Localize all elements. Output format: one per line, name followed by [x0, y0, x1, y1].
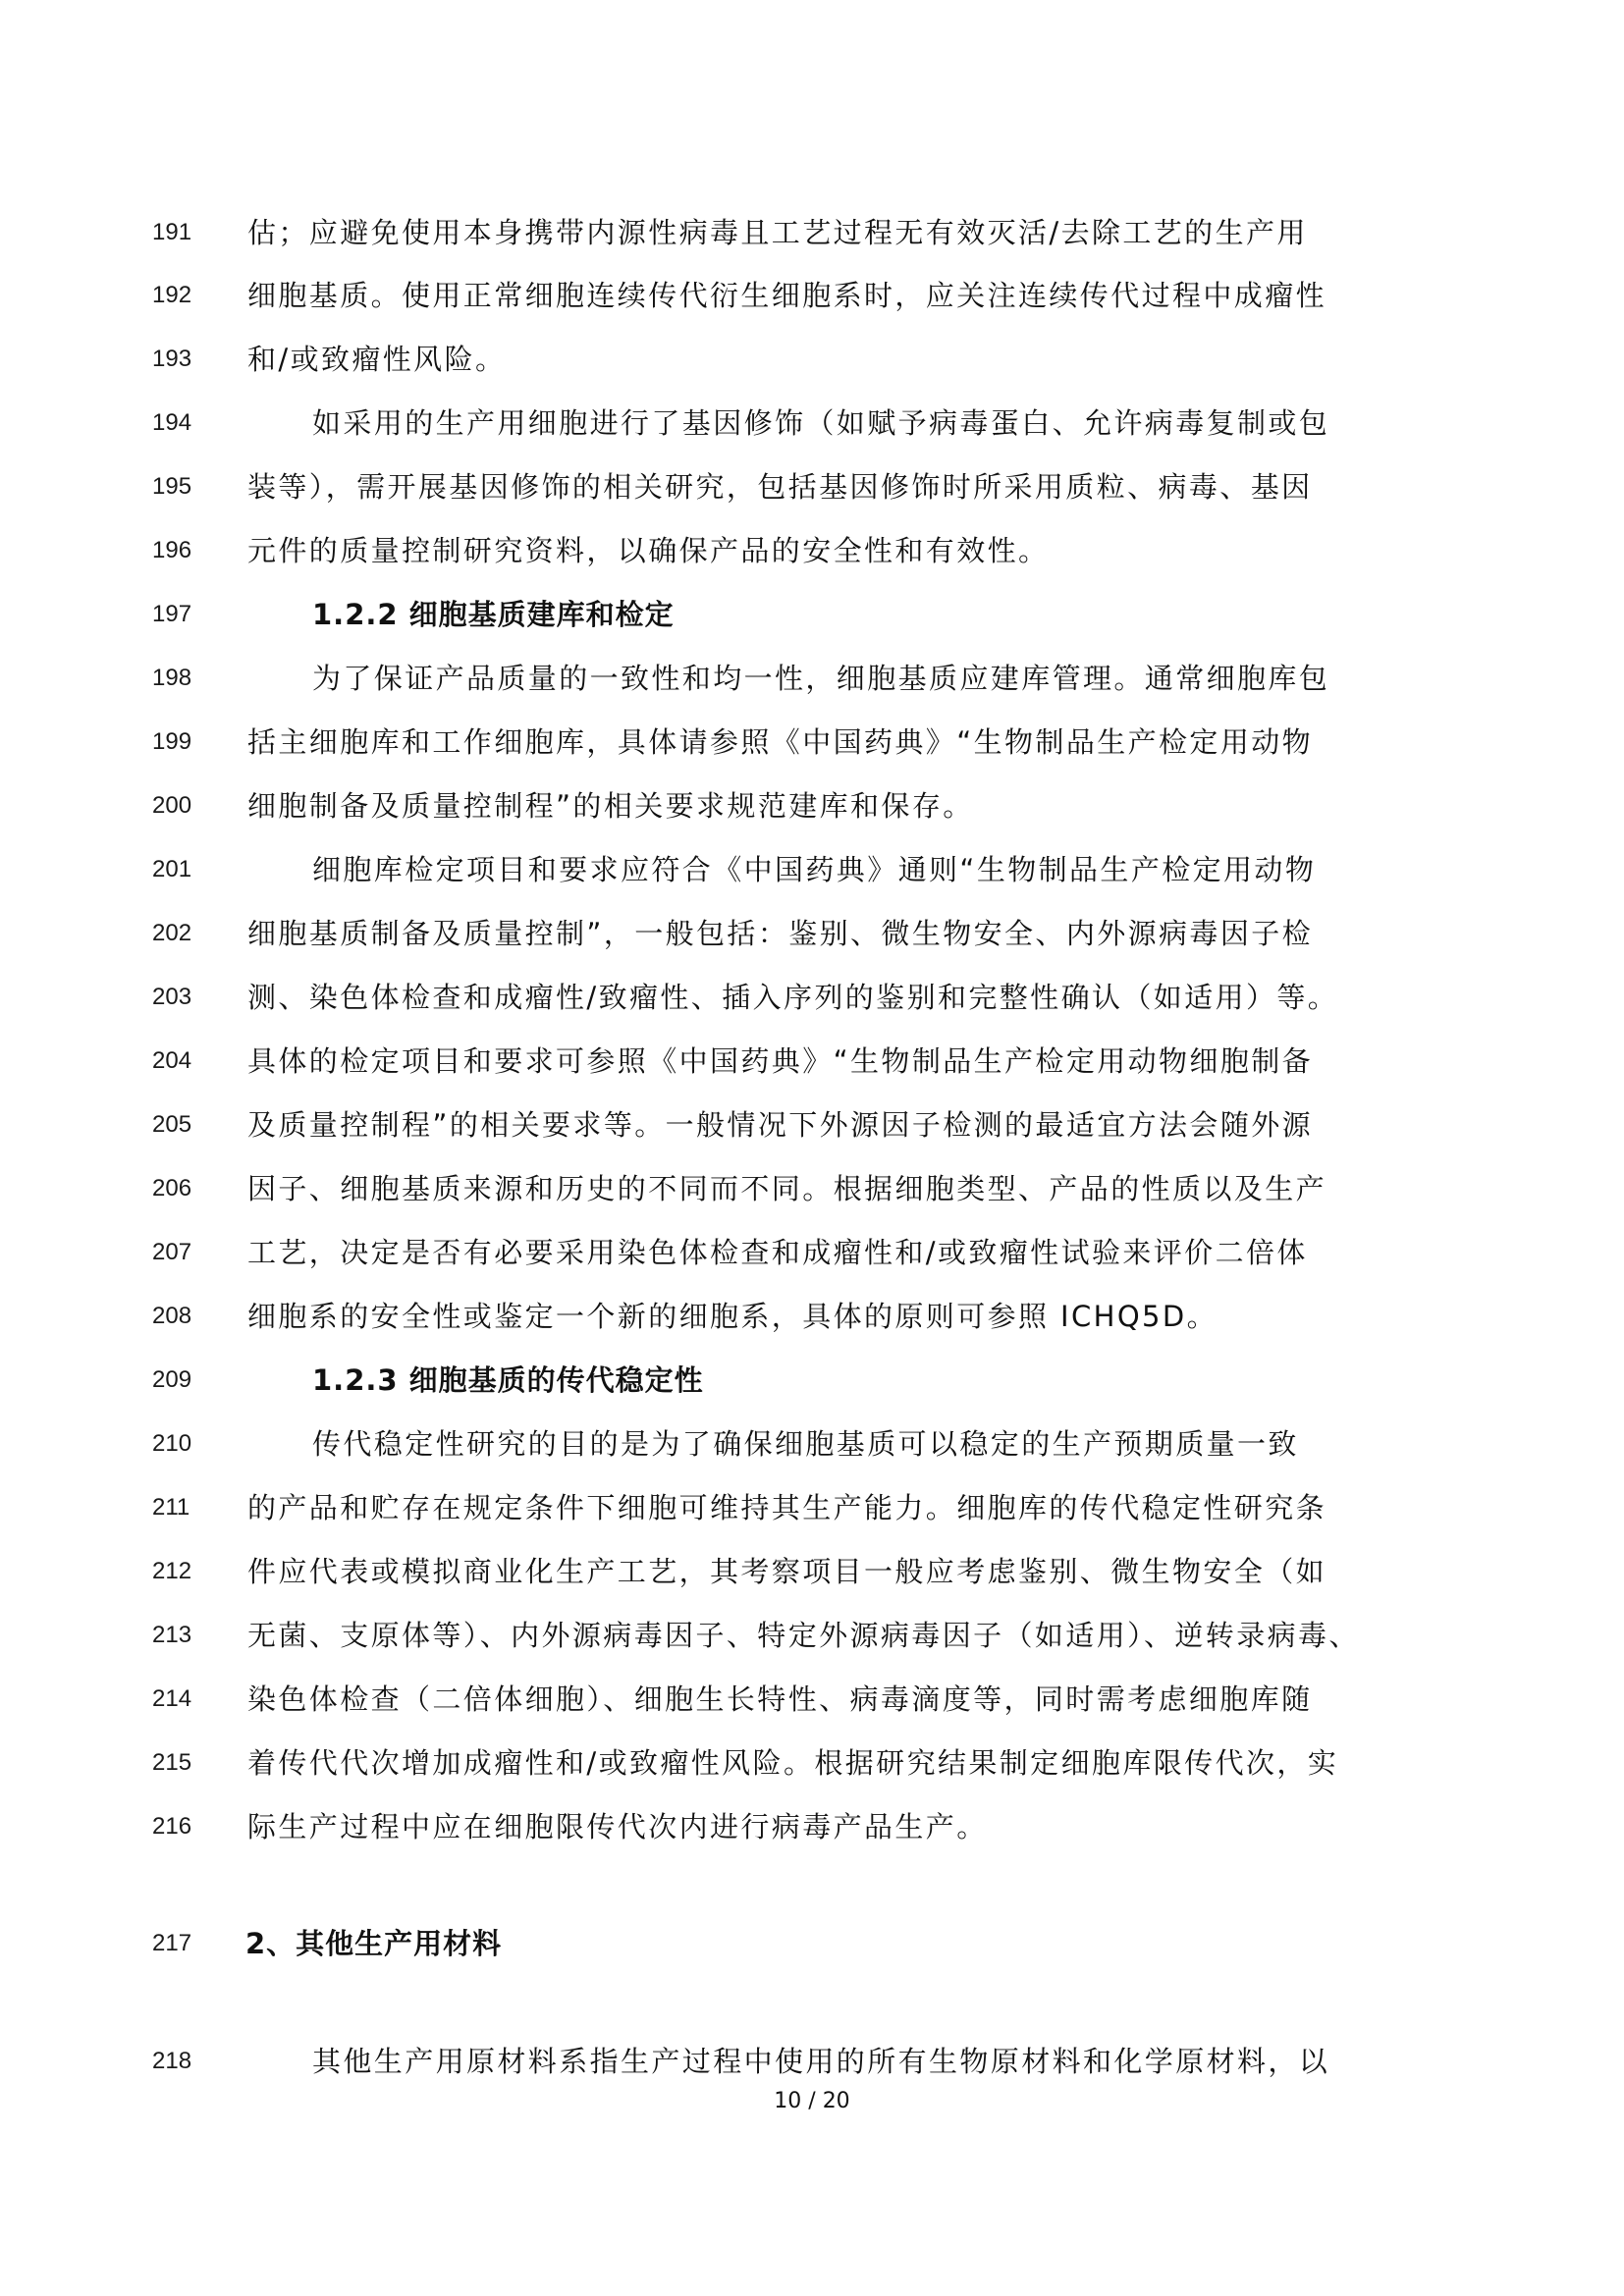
line-text: 和/或致瘤性风险。 [247, 330, 1396, 389]
line-number: 204 [152, 1032, 231, 1091]
line-number: 201 [152, 840, 231, 899]
line-text: 无菌、支原体等）、内外源病毒因子、特定外源病毒因子（如适用）、逆转录病毒、 [247, 1606, 1396, 1665]
line-number: 216 [152, 1797, 231, 1856]
paragraph-start-text: 如采用的生产用细胞进行了基因修饰（如赋予病毒蛋白、允许病毒复制或包 [312, 394, 1396, 453]
line-number: 192 [152, 266, 231, 325]
line-text: 细胞基质制备及质量控制”，一般包括：鉴别、微生物安全、内外源病毒因子检 [247, 904, 1396, 963]
paragraph-start-text: 为了保证产品质量的一致性和均一性，细胞基质应建库管理。通常细胞库包 [312, 649, 1396, 708]
document-line: 201 细胞库检定项目和要求应符合《中国药典》通则“生物制品生产检定用动物 [0, 840, 1624, 899]
line-number: 206 [152, 1159, 231, 1218]
section-heading-2: 2、其他生产用材料 [245, 1914, 1394, 1973]
document-line: 200 细胞制备及质量控制程”的相关要求规范建库和保存。 [0, 776, 1624, 835]
line-number: 202 [152, 904, 231, 963]
line-number: 203 [152, 968, 231, 1027]
document-page: 191 估；应避免使用本身携带内源性病毒且工艺过程无有效灭活/去除工艺的生产用 … [0, 0, 1624, 2296]
line-text: 元件的质量控制研究资料，以确保产品的安全性和有效性。 [247, 521, 1396, 580]
line-text: 细胞基质。使用正常细胞连续传代衍生细胞系时，应关注连续传代过程中成瘤性 [247, 266, 1396, 325]
line-number: 197 [152, 585, 231, 644]
page-number: 10 / 20 [0, 2089, 1624, 2113]
line-text: 际生产过程中应在细胞限传代次内进行病毒产品生产。 [247, 1797, 1396, 1856]
document-line: 198 为了保证产品质量的一致性和均一性，细胞基质应建库管理。通常细胞库包 [0, 649, 1624, 708]
line-number: 193 [152, 330, 231, 389]
document-line: 213 无菌、支原体等）、内外源病毒因子、特定外源病毒因子（如适用）、逆转录病毒… [0, 1606, 1624, 1665]
line-number: 217 [152, 1914, 231, 1973]
line-text: 因子、细胞基质来源和历史的不同而不同。根据细胞类型、产品的性质以及生产 [247, 1159, 1396, 1218]
line-number: 214 [152, 1670, 231, 1729]
line-text: 具体的检定项目和要求可参照《中国药典》“生物制品生产检定用动物细胞制备 [247, 1032, 1396, 1091]
document-line: 204 具体的检定项目和要求可参照《中国药典》“生物制品生产检定用动物细胞制备 [0, 1032, 1624, 1091]
document-line: 215 着传代代次增加成瘤性和/或致瘤性风险。根据研究结果制定细胞库限传代次，实 [0, 1734, 1624, 1792]
document-line: 205 及质量控制程”的相关要求等。一般情况下外源因子检测的最适宜方法会随外源 [0, 1095, 1624, 1154]
line-number: 191 [152, 203, 231, 262]
line-number: 213 [152, 1606, 231, 1665]
line-number: 211 [152, 1478, 231, 1537]
section-heading-1-2-2: 1.2.2 细胞基质建库和检定 [312, 585, 1461, 644]
document-line: 195 装等），需开展基因修饰的相关研究，包括基因修饰时所采用质粒、病毒、基因 [0, 457, 1624, 516]
line-number: 215 [152, 1734, 231, 1792]
document-line: 199 括主细胞库和工作细胞库，具体请参照《中国药典》“生物制品生产检定用动物 [0, 713, 1624, 772]
document-line: 196 元件的质量控制研究资料，以确保产品的安全性和有效性。 [0, 521, 1624, 580]
document-line: 203 测、染色体检查和成瘤性/致瘤性、插入序列的鉴别和完整性确认（如适用）等。 [0, 968, 1624, 1027]
section-heading-1-2-3: 1.2.3 细胞基质的传代稳定性 [312, 1351, 1461, 1410]
document-line: 202 细胞基质制备及质量控制”，一般包括：鉴别、微生物安全、内外源病毒因子检 [0, 904, 1624, 963]
document-line: 211 的产品和贮存在规定条件下细胞可维持其生产能力。细胞库的传代稳定性研究条 [0, 1478, 1624, 1537]
line-number: 209 [152, 1351, 231, 1410]
line-text: 及质量控制程”的相关要求等。一般情况下外源因子检测的最适宜方法会随外源 [247, 1095, 1396, 1154]
line-number: 207 [152, 1223, 231, 1282]
document-line: 218 其他生产用原材料系指生产过程中使用的所有生物原材料和化学原材料，以 [0, 2032, 1624, 2091]
document-line: 206 因子、细胞基质来源和历史的不同而不同。根据细胞类型、产品的性质以及生产 [0, 1159, 1624, 1218]
line-number: 194 [152, 394, 231, 453]
section-heading-line: 217 2、其他生产用材料 [0, 1914, 1624, 1973]
line-text: 染色体检查（二倍体细胞）、细胞生长特性、病毒滴度等，同时需考虑细胞库随 [247, 1670, 1396, 1729]
line-number: 199 [152, 713, 231, 772]
line-text: 装等），需开展基因修饰的相关研究，包括基因修饰时所采用质粒、病毒、基因 [247, 457, 1396, 516]
document-line: 193 和/或致瘤性风险。 [0, 330, 1624, 389]
document-line: 207 工艺，决定是否有必要采用染色体检查和成瘤性和/或致瘤性试验来评价二倍体 [0, 1223, 1624, 1282]
line-text: 着传代代次增加成瘤性和/或致瘤性风险。根据研究结果制定细胞库限传代次，实 [247, 1734, 1396, 1792]
line-text: 细胞系的安全性或鉴定一个新的细胞系，具体的原则可参照 ICHQ5D。 [247, 1287, 1396, 1346]
line-number: 195 [152, 457, 231, 516]
document-line: 210 传代稳定性研究的目的是为了确保细胞基质可以稳定的生产预期质量一致 [0, 1415, 1624, 1473]
line-number: 198 [152, 649, 231, 708]
line-text: 工艺，决定是否有必要采用染色体检查和成瘤性和/或致瘤性试验来评价二倍体 [247, 1223, 1396, 1282]
document-line: 194 如采用的生产用细胞进行了基因修饰（如赋予病毒蛋白、允许病毒复制或包 [0, 394, 1624, 453]
line-text: 件应代表或模拟商业化生产工艺，其考察项目一般应考虑鉴别、微生物安全（如 [247, 1542, 1396, 1601]
document-line: 192 细胞基质。使用正常细胞连续传代衍生细胞系时，应关注连续传代过程中成瘤性 [0, 266, 1624, 325]
section-heading-line: 209 1.2.3 细胞基质的传代稳定性 [0, 1351, 1624, 1410]
line-number: 208 [152, 1287, 231, 1346]
line-number: 196 [152, 521, 231, 580]
document-line: 216 际生产过程中应在细胞限传代次内进行病毒产品生产。 [0, 1797, 1624, 1856]
paragraph-start-text: 细胞库检定项目和要求应符合《中国药典》通则“生物制品生产检定用动物 [312, 840, 1396, 899]
line-number: 212 [152, 1542, 231, 1601]
document-line: 191 估；应避免使用本身携带内源性病毒且工艺过程无有效灭活/去除工艺的生产用 [0, 203, 1624, 262]
document-line: 214 染色体检查（二倍体细胞）、细胞生长特性、病毒滴度等，同时需考虑细胞库随 [0, 1670, 1624, 1729]
line-text: 测、染色体检查和成瘤性/致瘤性、插入序列的鉴别和完整性确认（如适用）等。 [247, 968, 1396, 1027]
document-line: 212 件应代表或模拟商业化生产工艺，其考察项目一般应考虑鉴别、微生物安全（如 [0, 1542, 1624, 1601]
paragraph-start-text: 传代稳定性研究的目的是为了确保细胞基质可以稳定的生产预期质量一致 [312, 1415, 1396, 1473]
line-text: 括主细胞库和工作细胞库，具体请参照《中国药典》“生物制品生产检定用动物 [247, 713, 1396, 772]
line-number: 205 [152, 1095, 231, 1154]
line-number: 210 [152, 1415, 231, 1473]
section-heading-line: 197 1.2.2 细胞基质建库和检定 [0, 585, 1624, 644]
line-number: 218 [152, 2032, 231, 2091]
line-text: 细胞制备及质量控制程”的相关要求规范建库和保存。 [247, 776, 1396, 835]
paragraph-start-text: 其他生产用原材料系指生产过程中使用的所有生物原材料和化学原材料，以 [312, 2032, 1396, 2091]
line-text: 估；应避免使用本身携带内源性病毒且工艺过程无有效灭活/去除工艺的生产用 [247, 203, 1396, 262]
document-line: 208 细胞系的安全性或鉴定一个新的细胞系，具体的原则可参照 ICHQ5D。 [0, 1287, 1624, 1346]
line-number: 200 [152, 776, 231, 835]
line-text: 的产品和贮存在规定条件下细胞可维持其生产能力。细胞库的传代稳定性研究条 [247, 1478, 1396, 1537]
